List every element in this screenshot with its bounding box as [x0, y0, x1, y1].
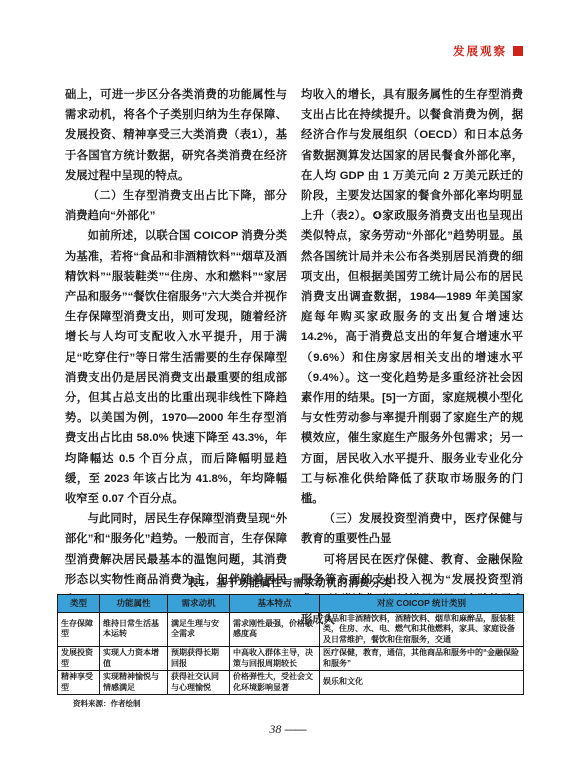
cell-type: 精神享受型 — [58, 671, 100, 695]
col-header-traits: 基本特点 — [230, 595, 320, 613]
paragraph-continuation: 均收入的增长，具有服务属性的生存型消费支出占比在持续提升。以餐食消费为例，据经济… — [301, 85, 523, 509]
cell-motive: 满足生理与安全需求 — [168, 612, 230, 647]
cell-function: 实现人力资本增值 — [100, 647, 168, 671]
subheading-2: （二）生存型消费支出占比下降，部分消费趋向“外部化” — [65, 186, 287, 226]
cell-traits: 需求刚性最强，价格敏感度高 — [230, 612, 320, 647]
cell-coicop: 食品和非酒精饮料，酒精饮料、烟草和麻醉品，服装鞋类，住房、水、电、燃气和其他燃料… — [320, 612, 524, 647]
table-row: 生存保障型 维持日常生活基本运转 满足生理与安全需求 需求刚性最强，价格敏感度高… — [58, 612, 524, 647]
page-number-dash: —— — [285, 724, 306, 736]
subheading-3: （三）发展投资型消费中，医疗保健与教育的重要性凸显 — [301, 509, 523, 549]
page-number: 38 — [269, 722, 281, 736]
article-body: 础上，可进一步区分各类消费的功能属性与需求动机，将各个子类别归纳为生存保障、发展… — [65, 85, 523, 630]
col-header-type: 类型 — [58, 595, 100, 613]
left-column: 础上，可进一步区分各类消费的功能属性与需求动机，将各个子类别归纳为生存保障、发展… — [65, 85, 287, 630]
col-header-coicop: 对应 COICOP 统计类别 — [320, 595, 524, 613]
paragraph: 如前所述，以联合国 COICOP 消费分类为基准，若将“食品和非酒精饮料”“烟草… — [65, 226, 287, 509]
table-row: 精神享受型 实现精神愉悦与情感满足 获得社交认同与心理愉悦 价格弹性大，受社会文… — [58, 671, 524, 695]
cell-coicop: 医疗保健，教育，通信，其他商品和服务中的“金融保险和服务” — [320, 647, 524, 671]
cell-type: 生存保障型 — [58, 612, 100, 647]
cell-function: 实现精神愉悦与情感满足 — [100, 671, 168, 695]
cell-motive: 预期获得长期回报 — [168, 647, 230, 671]
table-row: 发展投资型 实现人力资本增值 预期获得长期回报 中高收入群体主导，决策与回报周期… — [58, 647, 524, 671]
source-note: 资料来源：作者绘制 — [73, 698, 523, 709]
col-header-motive: 需求动机 — [168, 595, 230, 613]
section-title: 发展观察 — [453, 43, 507, 59]
consumption-classification-table: 类型 功能属性 需求动机 基本特点 对应 COICOP 统计类别 生存保障型 维… — [57, 594, 524, 695]
right-column: 均收入的增长，具有服务属性的生存型消费支出占比在持续提升。以餐食消费为例，据经济… — [301, 85, 523, 630]
cell-type: 发展投资型 — [58, 647, 100, 671]
table-block: 表1 基于功能属性与需求动机的消费分类 类型 功能属性 需求动机 基本特点 对应… — [57, 575, 523, 709]
col-header-function: 功能属性 — [100, 595, 168, 613]
page-header: 发展观察 — [453, 43, 523, 59]
cell-function: 维持日常生活基本运转 — [100, 612, 168, 647]
document-page: 发展观察 础上，可进一步区分各类消费的功能属性与需求动机，将各个子类别归纳为生存… — [0, 0, 575, 773]
table-header-row: 类型 功能属性 需求动机 基本特点 对应 COICOP 统计类别 — [58, 595, 524, 613]
cell-coicop: 娱乐和文化 — [320, 671, 524, 695]
cell-traits: 中高收入群体主导，决策与回报周期较长 — [230, 647, 320, 671]
red-square-marker — [513, 46, 523, 56]
cell-motive: 获得社交认同与心理愉悦 — [168, 671, 230, 695]
paragraph-continuation: 础上，可进一步区分各类消费的功能属性与需求动机，将各个子类别归纳为生存保障、发展… — [65, 85, 287, 186]
table-title: 表1 基于功能属性与需求动机的消费分类 — [57, 575, 523, 590]
cell-traits: 价格弹性大，受社会文化环境影响显著 — [230, 671, 320, 695]
page-footer: 38 —— — [0, 722, 575, 737]
